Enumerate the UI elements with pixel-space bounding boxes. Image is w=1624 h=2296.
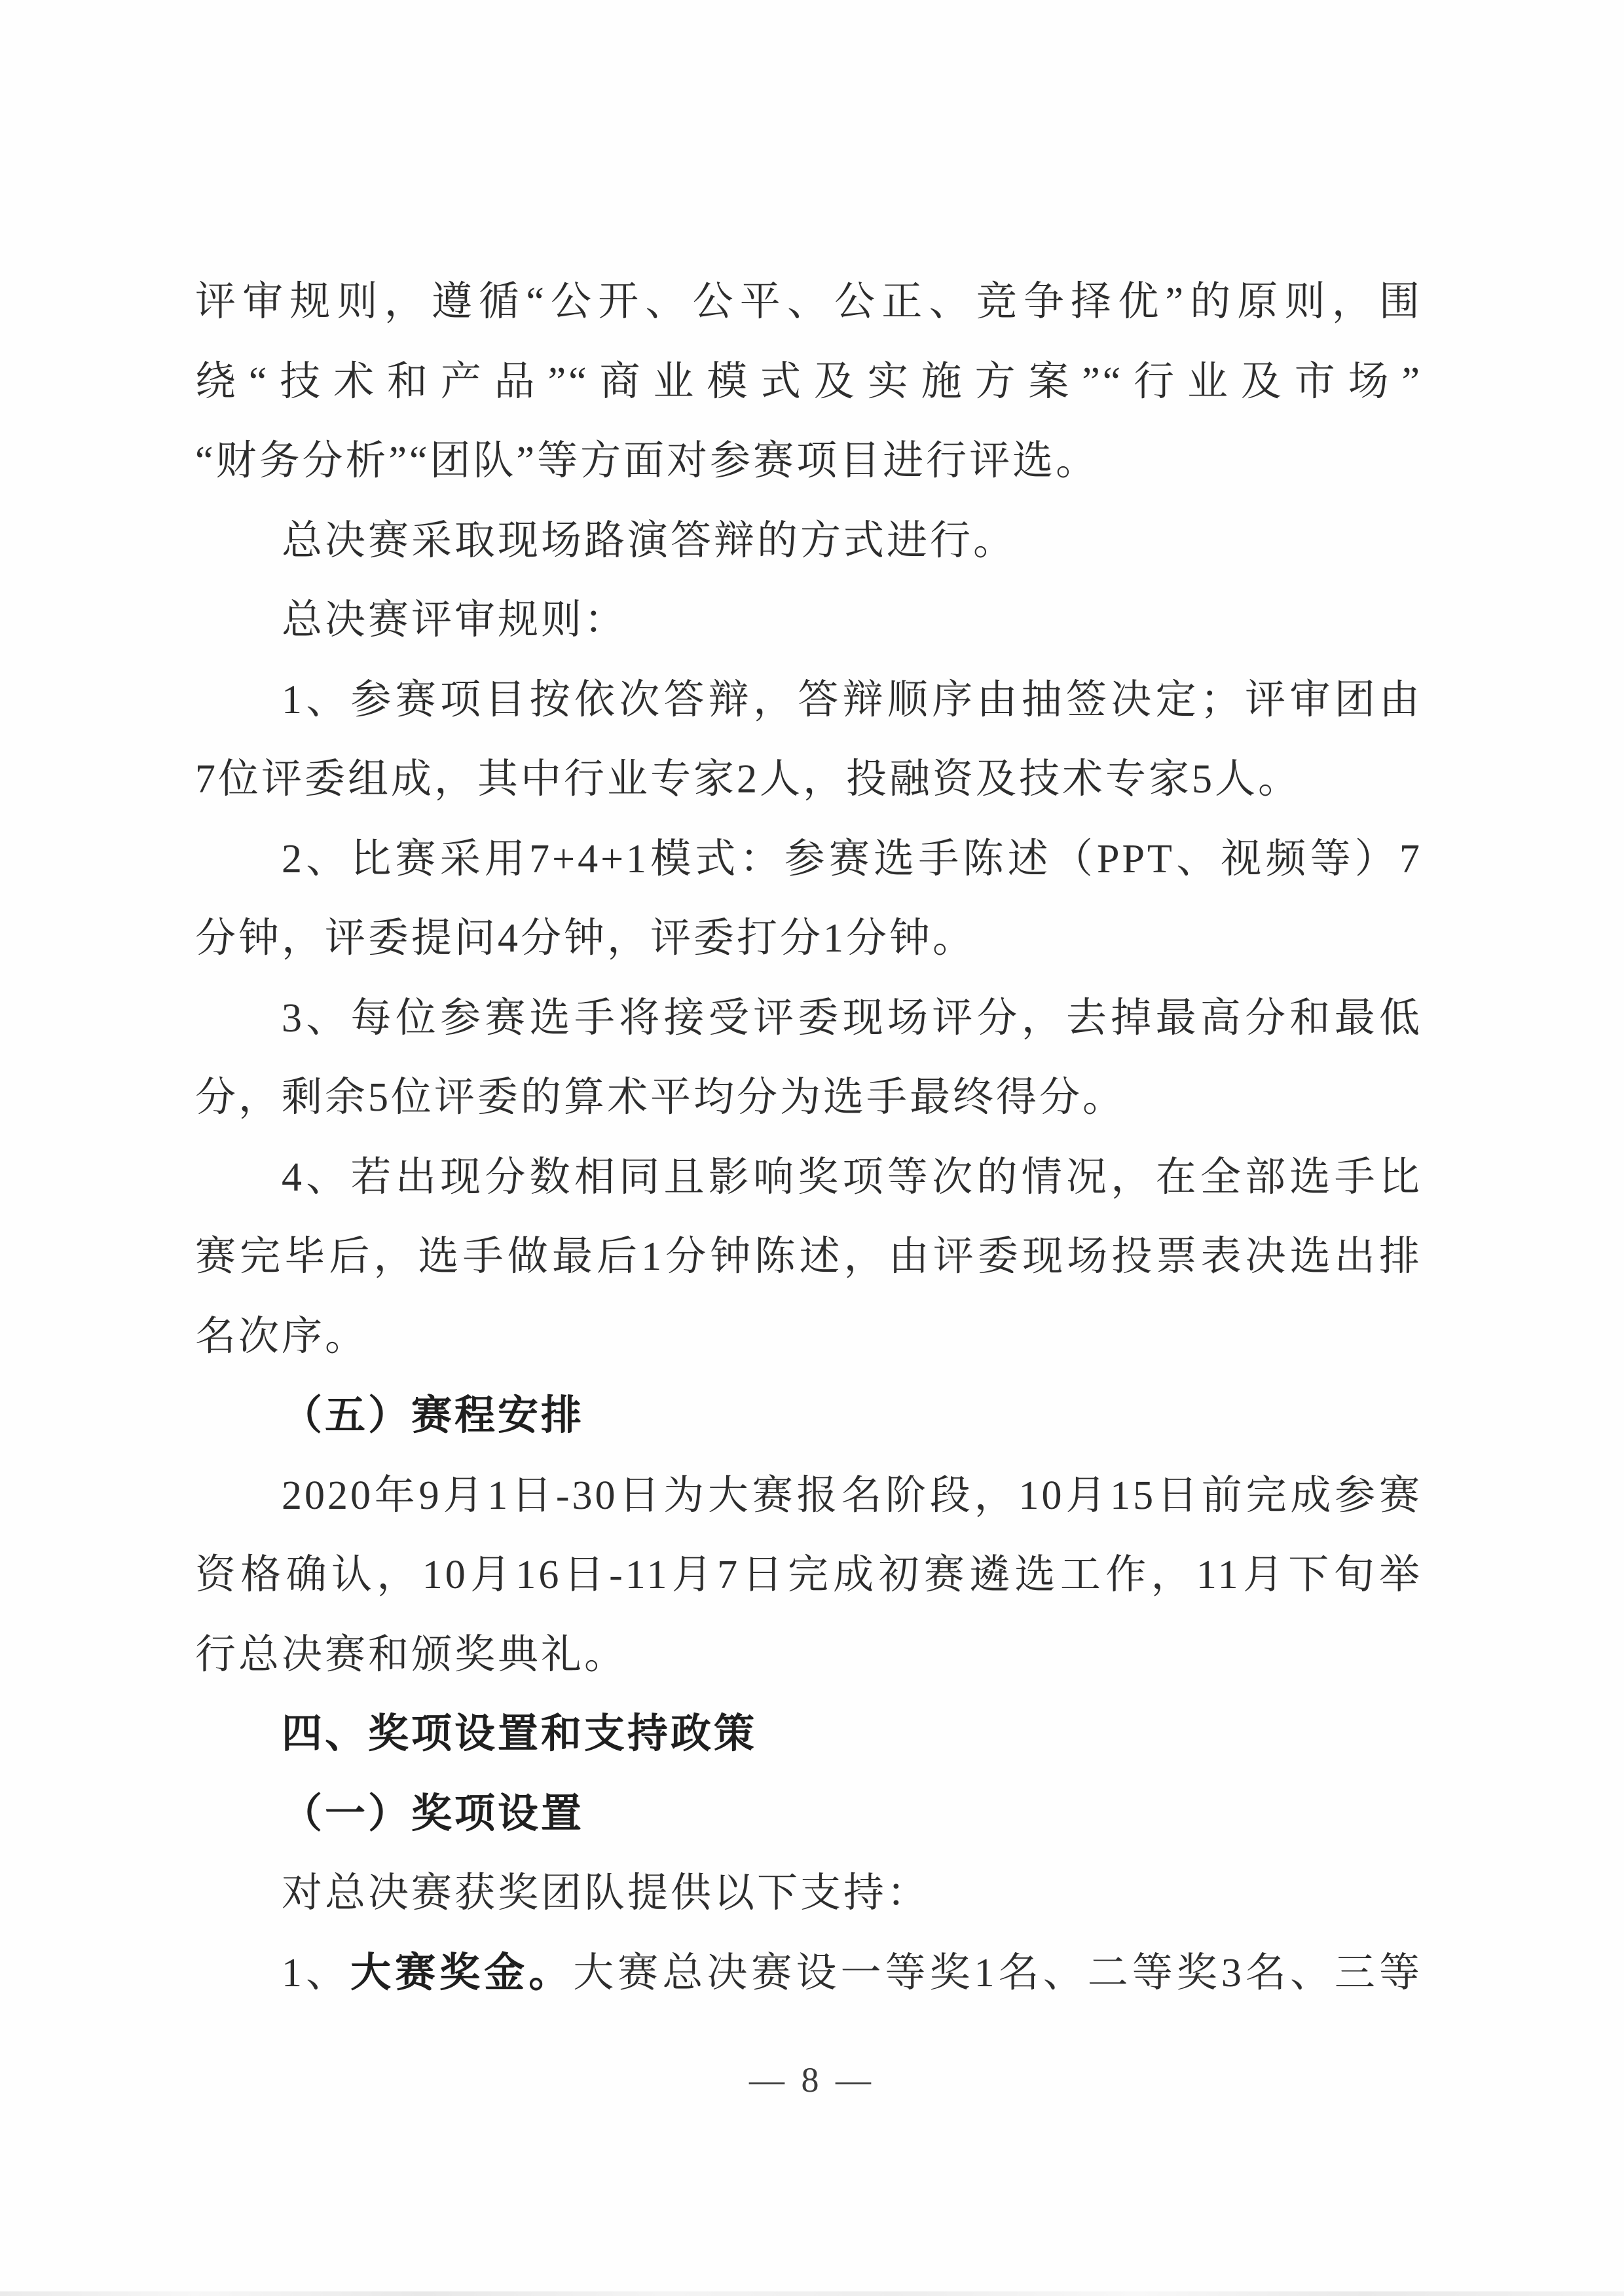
document-body: 评审规则，遵循“公开、公平、公正、竞争择优”的原则，围绕“技术和产品”“商业模式… — [195, 263, 1422, 2013]
text-line: 赛完毕后，选手做最后1分钟陈述，由评委现场投票表决选出排 — [195, 1217, 1422, 1297]
text-segment: 对总决赛获奖团队提供以下支持： — [282, 1871, 930, 1916]
text-line: 绕“技术和产品”“商业模式及实施方案”“行业及市场” — [195, 343, 1422, 422]
scan-edge-artifact — [0, 2291, 1624, 2296]
text-line: 4、若出现分数相同且影响奖项等次的情况，在全部选手比 — [195, 1138, 1422, 1218]
bold-text-segment: 大赛奖金。 — [350, 1951, 573, 1995]
text-segment: 7位评委组成，其中行业专家2人，投融资及技术专家5人。 — [195, 757, 1301, 802]
section-heading-line: （五）赛程安排 — [195, 1377, 1422, 1456]
text-line: 1、大赛奖金。大赛总决赛设一等奖1名、二等奖3名、三等 — [195, 1934, 1422, 2014]
text-line: 总决赛采取现场路演答辩的方式进行。 — [195, 502, 1422, 582]
section-heading-line: （一）奖项设置 — [195, 1775, 1422, 1855]
text-segment: 总决赛评审规则： — [282, 598, 627, 642]
text-segment: 2020年9月1日-30日为大赛报名阶段，10月15日前完成参赛 — [282, 1473, 1422, 1518]
text-segment: 1、 — [282, 1951, 350, 1995]
text-line: 2020年9月1日-30日为大赛报名阶段，10月15日前完成参赛 — [195, 1456, 1422, 1536]
text-line: 2、比赛采用7+4+1模式：参赛选手陈述（PPT、视频等）7 — [195, 820, 1422, 900]
text-segment: “财务分析”“团队”等方面对参赛项目进行评选。 — [195, 439, 1099, 483]
text-line: “财务分析”“团队”等方面对参赛项目进行评选。 — [195, 422, 1422, 502]
document-page: 评审规则，遵循“公开、公平、公正、竞争择优”的原则，围绕“技术和产品”“商业模式… — [0, 0, 1624, 2296]
text-segment: 1、参赛项目按依次答辩，答辩顺序由抽签决定；评审团由 — [282, 678, 1422, 722]
text-segment: 2、比赛采用7+4+1模式：参赛选手陈述（PPT、视频等）7 — [282, 837, 1422, 881]
text-segment: 赛完毕后，选手做最后1分钟陈述，由评委现场投票表决选出排 — [195, 1234, 1422, 1279]
text-segment: 分钟，评委提问4分钟，评委打分1分钟。 — [195, 916, 976, 961]
text-segment: 总决赛采取现场路演答辩的方式进行。 — [282, 519, 1016, 563]
bold-text-segment: （一）奖项设置 — [282, 1792, 584, 1836]
text-line: 资格确认，10月16日-11月7日完成初赛遴选工作，11月下旬举 — [195, 1536, 1422, 1616]
text-segment: 资格确认，10月16日-11月7日完成初赛遴选工作，11月下旬举 — [195, 1553, 1422, 1597]
text-line: 1、参赛项目按依次答辩，答辩顺序由抽签决定；评审团由 — [195, 661, 1422, 741]
text-segment: 大赛总决赛设一等奖1名、二等奖3名、三等 — [573, 1951, 1422, 1995]
bold-text-segment: （五）赛程安排 — [282, 1394, 584, 1438]
text-segment: 3、每位参赛选手将接受评委现场评分，去掉最高分和最低 — [282, 996, 1422, 1041]
bold-text-segment: 四、奖项设置和支持政策 — [282, 1712, 757, 1756]
text-line: 3、每位参赛选手将接受评委现场评分，去掉最高分和最低 — [195, 979, 1422, 1059]
text-segment: 分，剩余5位评委的算术平均分为选手最终得分。 — [195, 1075, 1126, 1120]
text-segment: 4、若出现分数相同且影响奖项等次的情况，在全部选手比 — [282, 1155, 1422, 1200]
text-segment: 名次序。 — [195, 1314, 368, 1359]
text-segment: 行总决赛和颁奖典礼。 — [195, 1633, 627, 1677]
section-heading-line: 四、奖项设置和支持政策 — [195, 1695, 1422, 1775]
text-segment: 评审规则，遵循“公开、公平、公正、竞争择优”的原则，围 — [195, 280, 1422, 324]
text-line: 对总决赛获奖团队提供以下支持： — [195, 1854, 1422, 1934]
text-line: 分钟，评委提问4分钟，评委打分1分钟。 — [195, 899, 1422, 979]
text-line: 7位评委组成，其中行业专家2人，投融资及技术专家5人。 — [195, 740, 1422, 820]
text-line: 分，剩余5位评委的算术平均分为选手最终得分。 — [195, 1058, 1422, 1138]
text-line: 行总决赛和颁奖典礼。 — [195, 1616, 1422, 1695]
text-line: 总决赛评审规则： — [195, 581, 1422, 661]
text-line: 名次序。 — [195, 1297, 1422, 1377]
text-line: 评审规则，遵循“公开、公平、公正、竞争择优”的原则，围 — [195, 263, 1422, 343]
page-number: — 8 — — [0, 2054, 1624, 2106]
text-segment: 绕“技术和产品”“商业模式及实施方案”“行业及市场” — [195, 360, 1422, 404]
